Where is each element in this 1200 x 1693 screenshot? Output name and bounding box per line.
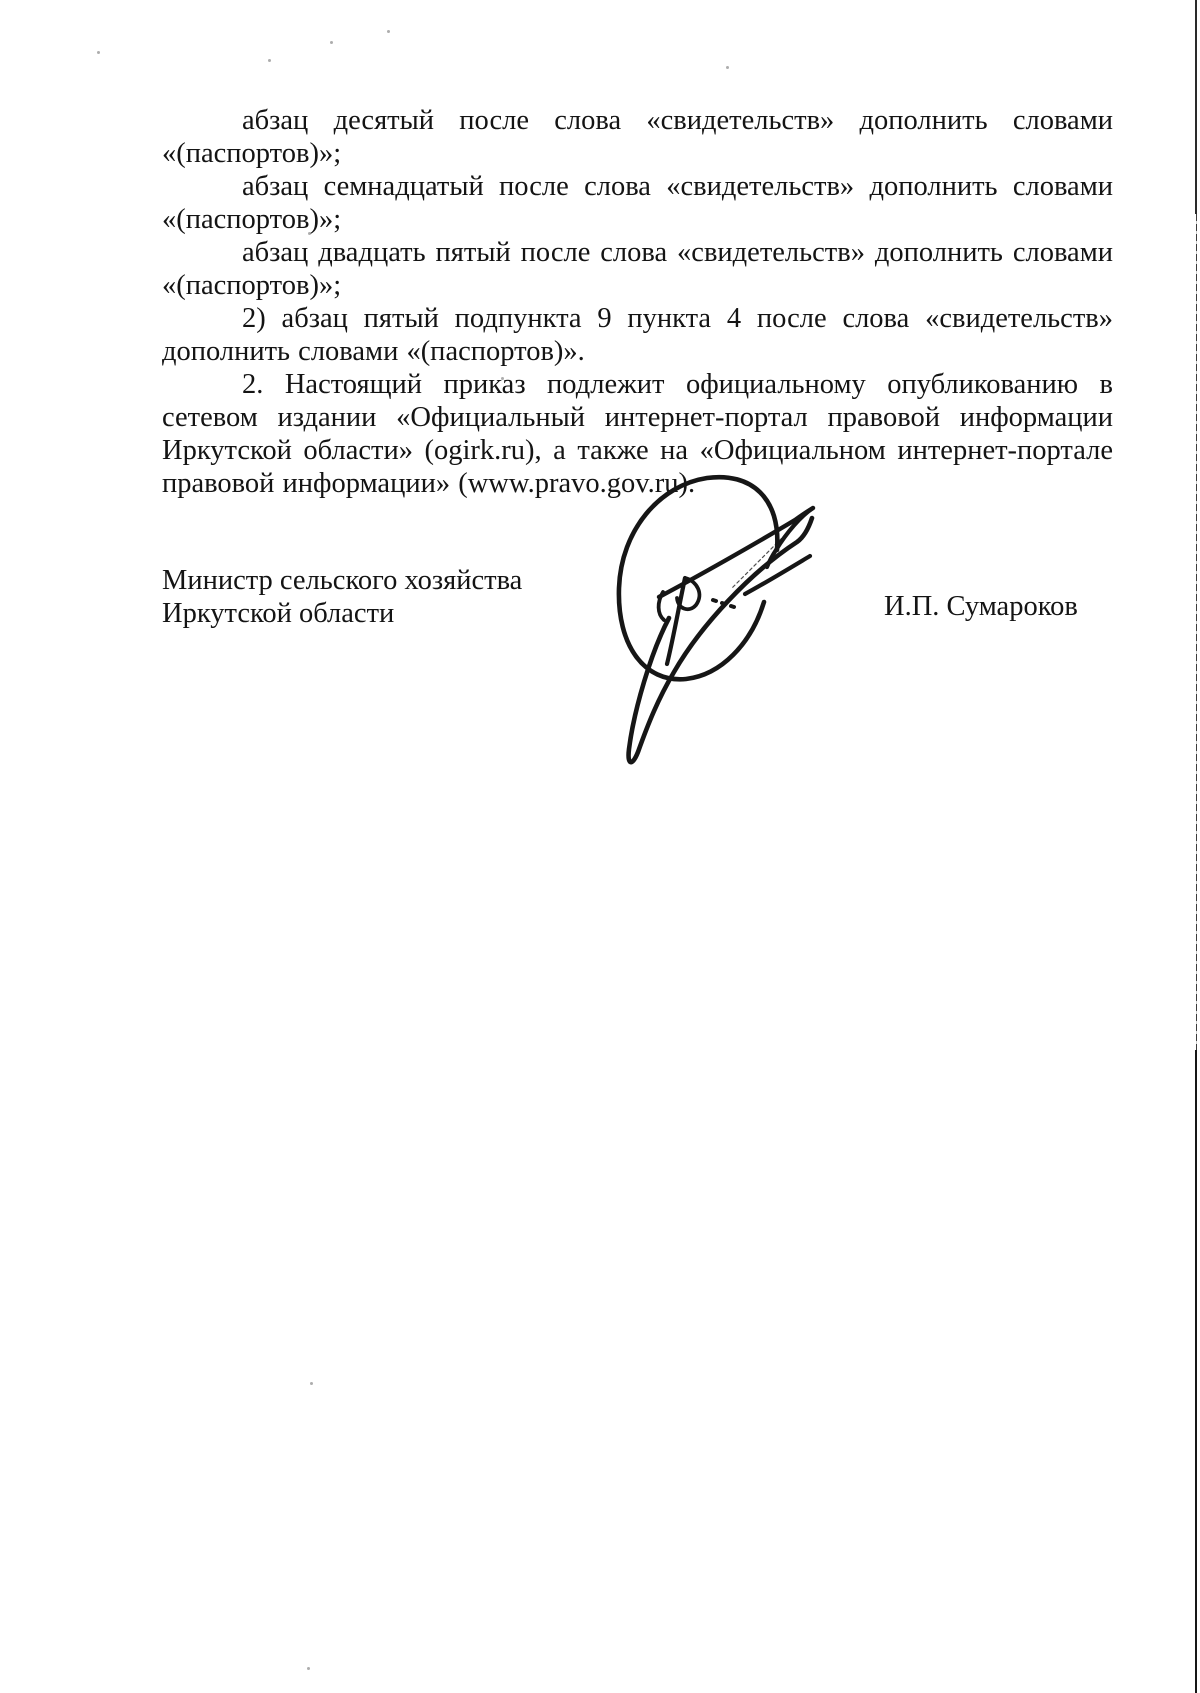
text-line: абзац семнадцатый после слова «свидетель… (162, 170, 1113, 203)
signer-title: Министр сельского хозяйства Иркутской об… (162, 564, 522, 630)
paragraph: абзац двадцать пятый после слова «свидет… (162, 236, 1113, 302)
document-body: абзац десятый после слова «свидетельств»… (162, 104, 1113, 500)
scan-edge-line (1195, 0, 1197, 214)
paragraph: абзац семнадцатый после слова «свидетель… (162, 170, 1113, 236)
signer-title-line: Министр сельского хозяйства (162, 564, 522, 597)
text-line: абзац двадцать пятый после слова «свидет… (162, 236, 1113, 269)
signer-title-line: Иркутской области (162, 597, 522, 630)
scanned-document-page: абзац десятый после слова «свидетельств»… (0, 0, 1200, 1693)
text-line: 2. Настоящий приказ подлежит официальном… (162, 368, 1113, 401)
scan-edge-line (1195, 1050, 1197, 1693)
text-line: дополнить словами «(паспортов)». (162, 335, 1113, 368)
scan-speck (268, 59, 271, 62)
scan-speck (501, 377, 504, 380)
signer-name: И.П. Сумароков (884, 590, 1078, 623)
scan-speck (308, 232, 311, 235)
paragraph: 2) абзац пятый подпункта 9 пункта 4 посл… (162, 302, 1113, 368)
text-line: сетевом издании «Официальный интернет-по… (162, 401, 1113, 434)
scan-edge-line (1196, 214, 1197, 1050)
text-line: 2) абзац пятый подпункта 9 пункта 4 посл… (162, 302, 1113, 335)
paragraph: абзац десятый после слова «свидетельств»… (162, 104, 1113, 170)
scan-speck (387, 30, 390, 33)
scan-speck (330, 41, 333, 44)
text-line: «(паспортов)»; (162, 203, 1113, 236)
text-line: «(паспортов)»; (162, 137, 1113, 170)
text-line: абзац десятый после слова «свидетельств»… (162, 104, 1113, 137)
scan-speck (726, 66, 729, 69)
handwritten-signature-icon (545, 450, 845, 780)
scan-speck (307, 1667, 310, 1670)
text-line: «(паспортов)»; (162, 269, 1113, 302)
scan-speck (310, 1382, 313, 1385)
scan-speck (97, 51, 100, 54)
